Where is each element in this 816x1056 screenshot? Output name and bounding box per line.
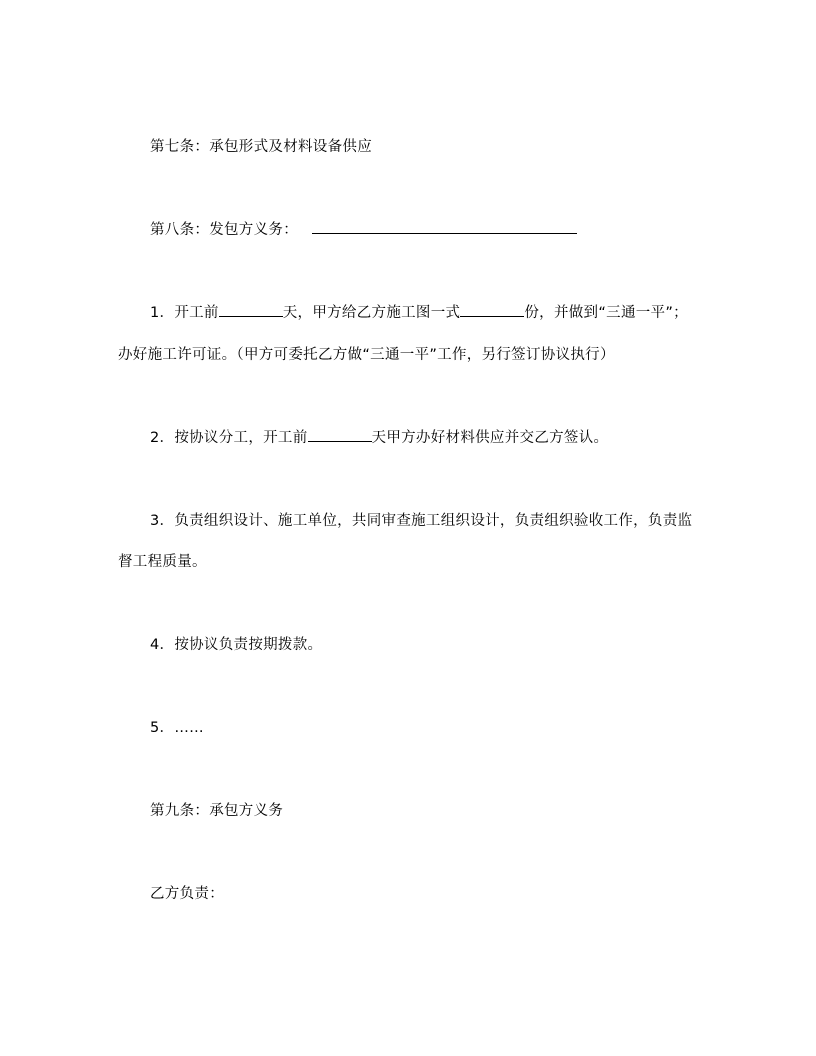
item-2-prefix: 2．按协议分工，开工前 [150,430,308,446]
article-8-item-5: 5．…… [118,708,698,750]
article-8-item-1: 1．开工前天，甲方给乙方施工图一式份，并做到“三通一平”；办好施工许可证。（甲方… [118,293,698,376]
article-8-heading-text: 第八条：发包方义务： [150,222,298,238]
article-7-heading-text: 第七条：承包形式及材料设备供应 [150,139,372,155]
article-9-heading: 第九条：承包方义务 [118,791,698,833]
item-4-text: 4．按协议负责按期拨款。 [150,637,322,653]
item-1-mid1: 天，甲方给乙方施工图一式 [283,305,461,321]
article-8-item-4: 4．按协议负责按期拨款。 [118,625,698,667]
article-8-heading: 第八条：发包方义务： [118,210,698,252]
item-5-text: 5．…… [150,720,204,736]
item-3-text: 3．负责组织设计、施工单位，共同审查施工组织设计，负责组织验收工作，负责监督工程… [118,513,692,571]
item-1-prefix: 1．开工前 [150,305,219,321]
article-8-item-3: 3．负责组织设计、施工单位，共同审查施工组织设计，负责组织验收工作，负责监督工程… [118,501,698,584]
item-2-mid1: 天甲方办好材料供应并交乙方签认。 [372,430,609,446]
fill-in-blank-article-8[interactable] [312,218,577,234]
article-8-item-2: 2．按协议分工，开工前天甲方办好材料供应并交乙方签认。 [118,418,698,460]
article-9-heading-text: 第九条：承包方义务 [150,803,283,819]
fill-in-blank-days-before-start[interactable] [219,301,283,317]
article-9-intro-text: 乙方负责： [150,886,224,902]
document-page: 第七条：承包形式及材料设备供应 第八条：发包方义务： 1．开工前天，甲方给乙方施… [118,127,698,957]
fill-in-blank-material-days[interactable] [308,426,372,442]
fill-in-blank-drawing-copies[interactable] [460,301,524,317]
article-7-heading: 第七条：承包形式及材料设备供应 [118,127,698,169]
article-9-intro: 乙方负责： [118,874,698,916]
